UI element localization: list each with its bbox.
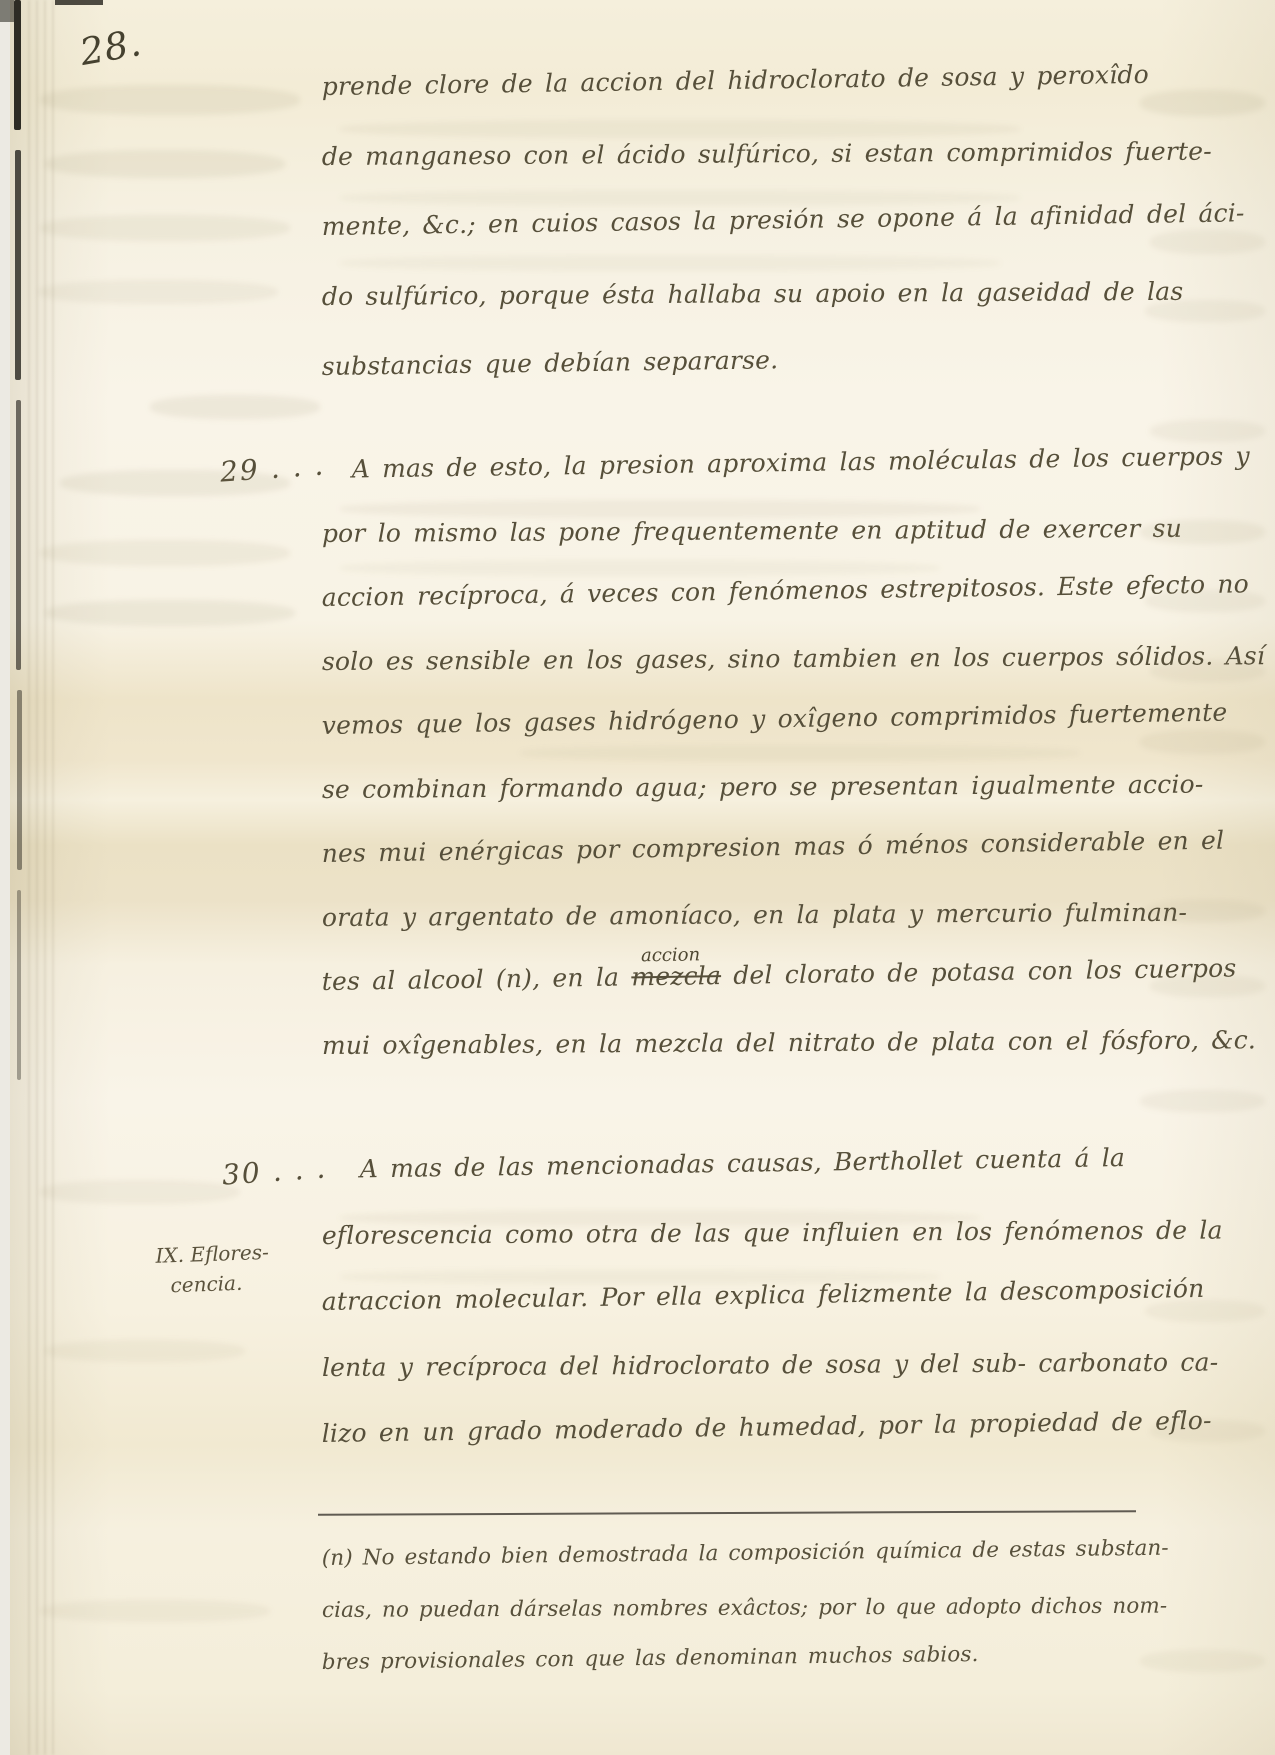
text-line-with-correction: tes al alcool (n), en la accionmezcla de… bbox=[322, 953, 1266, 1031]
bleed-through-mark bbox=[340, 1270, 940, 1284]
bleed-through-mark bbox=[1150, 660, 1265, 682]
bleed-through-mark bbox=[45, 600, 295, 626]
bleed-through-mark bbox=[1145, 590, 1265, 612]
footnote-line: bres provisionales con que las denominan… bbox=[322, 1640, 1170, 1702]
correction-inserted-word: accion bbox=[641, 944, 700, 966]
bleed-through-mark bbox=[340, 120, 1020, 138]
paragraph-30: A mas de las mencionadas causas, Berthol… bbox=[322, 1155, 1223, 1485]
text-line: A mas de las mencionadas causas, Berthol… bbox=[322, 1142, 1224, 1221]
bleed-through-mark bbox=[40, 85, 300, 115]
bleed-through-mark bbox=[40, 540, 290, 566]
bleed-through-mark bbox=[1140, 1650, 1265, 1672]
binding-edge bbox=[14, 0, 21, 130]
bleed-through-mark bbox=[1140, 1090, 1265, 1112]
bleed-through-mark bbox=[150, 395, 320, 419]
binding-edge bbox=[16, 400, 21, 670]
bleed-through-mark bbox=[1150, 1420, 1265, 1442]
text-line: nes mui enérgicas por compresion mas ó m… bbox=[322, 825, 1266, 903]
bleed-through-mark bbox=[40, 1600, 270, 1622]
bleed-through-mark bbox=[340, 255, 1000, 271]
text-line: substancias que debían separarse. bbox=[321, 338, 1245, 422]
bleed-through-mark bbox=[1145, 1300, 1265, 1322]
binding-edge bbox=[17, 690, 22, 870]
text-line: mui oxîgenables, en la mezcla del nitrat… bbox=[322, 1025, 1266, 1095]
bleed-through-mark bbox=[340, 560, 940, 576]
bleed-through-mark bbox=[1150, 230, 1265, 254]
text-line: accion recíproca, á veces con fenómenos … bbox=[322, 569, 1266, 647]
bleed-through-mark bbox=[1145, 900, 1265, 922]
interlinear-correction: accionmezcla bbox=[631, 961, 721, 991]
text-line: atraccion molecular. Por ella explica fe… bbox=[322, 1274, 1224, 1353]
margin-note-eflorescencia: IX. Eflores- cencia. bbox=[155, 1235, 317, 1301]
bleed-through-mark bbox=[340, 190, 1020, 206]
bleed-through-mark bbox=[40, 215, 290, 241]
margin-note-line: cencia. bbox=[156, 1265, 317, 1301]
correction-pre-text: tes al alcool (n), en la bbox=[322, 962, 632, 996]
paragraph-29: A mas de esto, la presion aproxima las m… bbox=[322, 455, 1265, 1095]
binding-edge bbox=[17, 890, 21, 1080]
bleed-through-mark bbox=[1150, 975, 1265, 997]
bleed-through-mark bbox=[40, 1180, 240, 1204]
scan-edge-mark bbox=[0, 0, 14, 22]
manuscript-scan: 28. prende clore de la accion del hidroc… bbox=[0, 0, 1275, 1755]
bleed-through-mark bbox=[520, 745, 1080, 761]
bleed-through-mark bbox=[45, 1340, 245, 1362]
bleed-through-mark bbox=[1150, 420, 1265, 442]
bleed-through-mark bbox=[60, 470, 290, 496]
footnote: (n) No estando bien demostrada la compos… bbox=[322, 1546, 1169, 1702]
bleed-through-mark bbox=[1140, 520, 1265, 544]
text-line: vemos que los gases hidrógeno y oxîgeno … bbox=[322, 697, 1266, 775]
bleed-through-mark bbox=[1145, 300, 1265, 322]
footnote-line: (n) No estando bien demostrada la compos… bbox=[322, 1536, 1170, 1598]
binding-edge bbox=[15, 150, 21, 380]
bleed-through-mark bbox=[38, 280, 278, 304]
bleed-through-mark bbox=[45, 150, 285, 178]
bleed-through-mark bbox=[1140, 730, 1265, 754]
binding-fold-lines bbox=[28, 0, 58, 1755]
bleed-through-mark bbox=[340, 1210, 980, 1226]
scan-edge-mark bbox=[55, 0, 103, 5]
bleed-through-mark bbox=[340, 500, 980, 518]
bleed-through-mark bbox=[1140, 90, 1265, 116]
text-line: lizo en un grado moderado de humedad, po… bbox=[322, 1406, 1224, 1485]
